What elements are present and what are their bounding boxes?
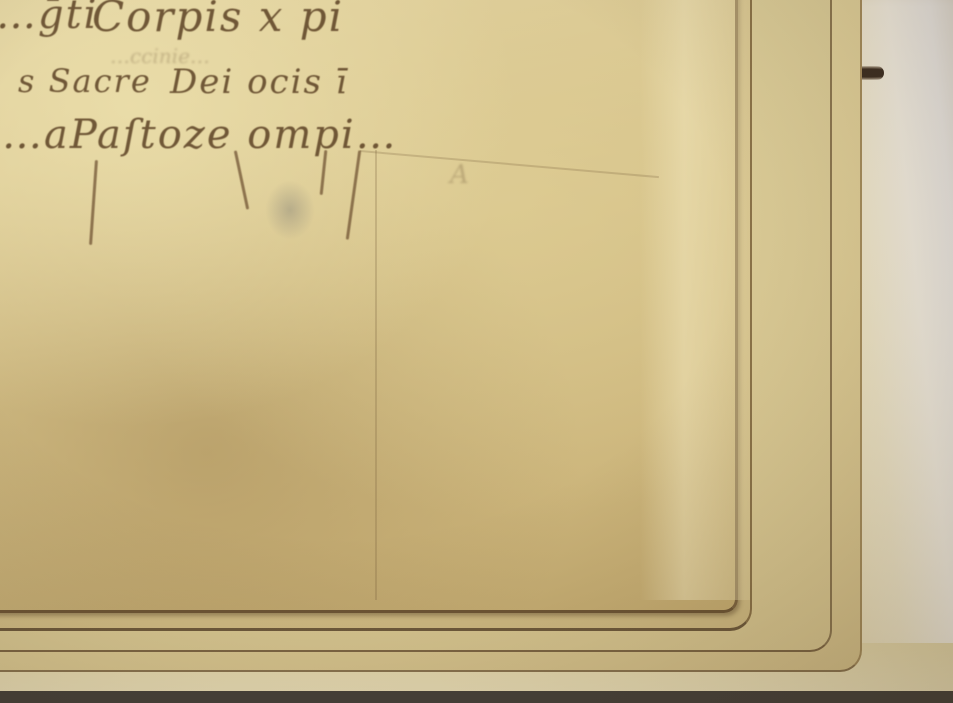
leaf-light-band [640,0,750,600]
faint-sketch: A [450,160,469,190]
smudge [265,180,315,240]
ruled-line-vertical [375,150,377,600]
bottom-edge [0,691,953,703]
handwriting-line-1b: Corpis x pi [92,0,344,41]
handwriting-line-3: …aPaſtoze ompi… [2,112,398,158]
handwriting-line-2b: Dei ocis ī [170,62,349,102]
manuscript-photo: …ḡti Corpis x pi …ccinie… s Sacre Dei oc… [0,0,953,703]
handwriting-line-1: …ḡti [0,0,98,38]
handwriting-line-2: s Sacre [18,62,152,100]
